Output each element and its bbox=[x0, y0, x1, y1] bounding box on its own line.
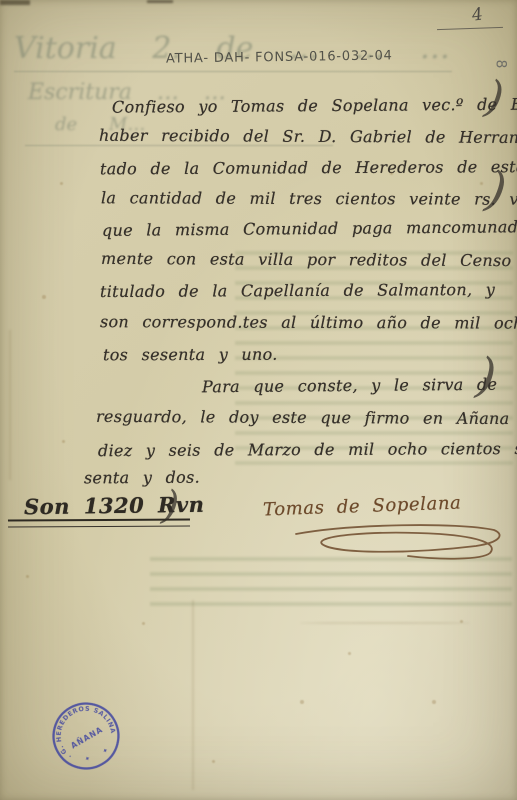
paper-crease-horizontal bbox=[300, 622, 470, 624]
manuscript-line-4: la cantidad de mil tres cientos veinte r… bbox=[101, 188, 517, 209]
amount-double-underline bbox=[8, 519, 190, 528]
folio-number: 4 bbox=[471, 4, 485, 25]
foxing-spot bbox=[390, 172, 393, 175]
corner-number: 8 bbox=[492, 60, 508, 69]
manuscript-line-10: Para que conste, y le sirva de bbox=[202, 375, 497, 397]
folio-underline bbox=[437, 27, 503, 30]
archive-reference: ATHA- DAH- FONSA-016-032-04 bbox=[166, 48, 393, 66]
foxing-spot bbox=[142, 622, 145, 625]
foxing-spot bbox=[348, 652, 351, 655]
document-page: Vitoria 2. de … … … Escritura … … de M… … bbox=[0, 0, 517, 800]
manuscript-line-5: que la misma Comunidad paga mancomunada- bbox=[102, 217, 517, 240]
manuscript-line-9: tos sesenta y uno. bbox=[103, 345, 278, 365]
foxing-spot bbox=[60, 182, 63, 185]
manuscript-line-13: senta y dos. bbox=[84, 468, 200, 488]
foxing-spot bbox=[26, 575, 29, 578]
manuscript-line-6: mente con esta villa por reditos del Cen… bbox=[101, 249, 512, 270]
showthrough-rule-1 bbox=[14, 71, 452, 72]
manuscript-line-1: Confieso yo Tomas de Sopelana vec.º de E… bbox=[112, 94, 517, 116]
foxing-spot bbox=[480, 182, 483, 185]
paper-crease-vertical-1 bbox=[9, 330, 11, 480]
foxing-spot bbox=[300, 700, 304, 704]
scan-edge-smudge-1 bbox=[0, 0, 30, 5]
foxing-spot bbox=[432, 700, 436, 704]
paper-crease-vertical-2 bbox=[192, 600, 194, 790]
flourish-swash-1: ) bbox=[483, 75, 507, 121]
stamp-bottom-mark-right: ✦ bbox=[101, 746, 110, 756]
foxing-spot bbox=[42, 295, 46, 299]
stamp-bottom-mark-left: ✦ bbox=[83, 754, 92, 764]
manuscript-line-7: titulado de la Capellanía de Salmanton, … bbox=[100, 280, 495, 301]
foxing-spot bbox=[212, 760, 215, 763]
heirs-community-stamp: A. G. HEREDEROS SALINAS AÑANA ✦ ✦ bbox=[37, 687, 135, 785]
foxing-spot bbox=[62, 440, 65, 443]
manuscript-line-11: resguardo, le doy este que firmo en Añan… bbox=[96, 407, 517, 428]
manuscript-line-3: tado de la Comunidad de Herederos de est… bbox=[100, 157, 517, 179]
signature-rubric bbox=[290, 520, 508, 568]
signature: Tomas de Sopelana bbox=[263, 494, 462, 521]
scan-edge-smudge-2 bbox=[147, 0, 173, 3]
foxing-spot bbox=[460, 620, 463, 623]
manuscript-line-8: son correspond.tes al último año de mil … bbox=[100, 312, 517, 333]
manuscript-line-2: haber recibido del Sr. D. Gabriel de Her… bbox=[99, 126, 517, 148]
stamp-center-text: AÑANA bbox=[69, 725, 104, 751]
manuscript-line-12: diez y seis de Marzo de mil ocho cientos… bbox=[98, 439, 517, 460]
